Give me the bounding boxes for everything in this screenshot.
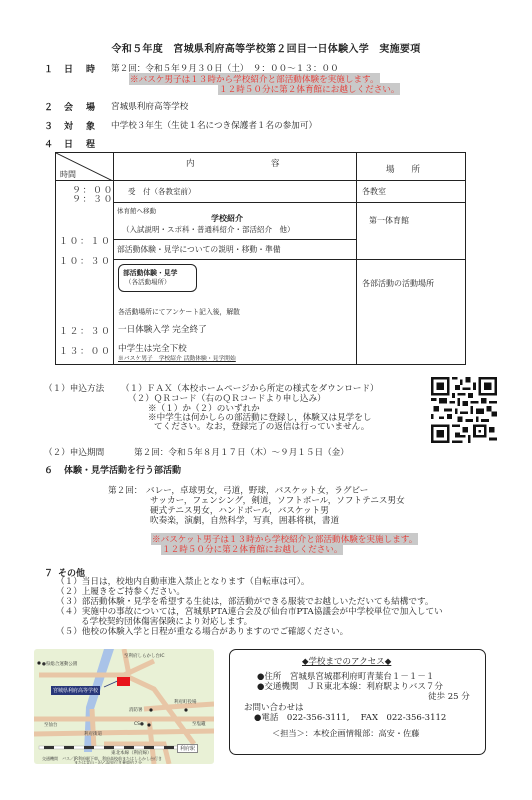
access-info-box: ◆学校までのアクセス◆ ●住所 宮城県宮城郡利府町青葉台１－１－１ ●交通機関 …	[229, 649, 486, 755]
club-explanation: 部活動体験・見学についての説明・移動・準備	[117, 244, 281, 255]
map-right-label: 至塩竈	[192, 721, 206, 727]
map-footer-2: または青山・沢乙温泉行き乗車約７分	[74, 760, 142, 764]
place-classroom: 各教室	[362, 186, 386, 197]
row-divider	[113, 239, 356, 240]
place-gym1: 第一体育館	[369, 215, 409, 226]
map-town-office-label: 利府町役場	[174, 699, 197, 705]
map-fire-station-label: 消防署	[129, 707, 143, 713]
row-divider	[113, 202, 465, 203]
section-6-label: 体験・見学活動を行う部活動	[64, 463, 181, 476]
map-cs-label: CS●	[134, 722, 144, 727]
map-park-label: ●県総合運動公園	[42, 661, 77, 667]
header-place: 場 所	[386, 163, 420, 175]
page-title: 令和５年度 宮城県利府高等学校第２回目一日体験入学 実施要項	[0, 40, 532, 55]
basket-schedule-note: ※バスケ男子 学校紹介 活動体験・見学開始	[118, 353, 236, 362]
clubs-basket-notice-2: １２時５０分に第２体育館にお越しください。	[161, 543, 343, 555]
schedule-table: 時間 内 容 場 所 ９：００ ９：３０ １０：１０ １０：３０ １２：３０ １…	[55, 152, 466, 365]
school-marker-icon	[117, 677, 130, 686]
section-1-label: 日 時	[64, 62, 97, 75]
time-1030: １０：３０	[59, 254, 112, 267]
section-4-number: ４	[44, 137, 53, 150]
others-item-5: （５）他校の体験入学と日程が重なる場合がありますのでご確認ください。	[56, 625, 348, 637]
school-intro-detail: （入試説明・スポ科・普通科紹介・部活紹介 他）	[122, 224, 295, 235]
map-road-label: 利府街道	[84, 731, 102, 737]
header-time: 時間	[60, 169, 76, 180]
venue: 宮城県利府高等学校	[111, 100, 188, 112]
basket-notice-line2: １２時５０分に第２体育館にお越しください。	[218, 83, 400, 95]
target-audience: 中学校３年生（生徒１名につき保護者１名の参加可）	[111, 119, 317, 131]
access-heading: ◆学校までのアクセス◆	[302, 655, 391, 667]
qr-code-icon[interactable]	[430, 377, 498, 443]
row-divider	[113, 259, 465, 260]
section-3-label: 対 象	[64, 119, 97, 132]
clubs-round-label: 第２回：	[108, 484, 142, 496]
section-6-number: ６	[44, 463, 53, 476]
application-period-value: 第２回：令和５年８月１７日（木）～９月１５日（金）	[134, 446, 349, 458]
section-4-label: 日 程	[64, 137, 97, 150]
section-2-number: ２	[44, 100, 53, 113]
section-3-number: ３	[44, 119, 53, 132]
map-ic-label: 至利府しらかし台IC	[124, 653, 164, 659]
club-place: （各活動場所）	[125, 277, 171, 286]
section-7-number: ７	[44, 566, 53, 579]
section-2-label: 会 場	[64, 100, 97, 113]
header-content: 内 容	[186, 157, 280, 169]
clubs-line-4: 吹奏楽，演劇，自然科学，写真，囲碁将棋，書道	[150, 514, 339, 526]
reception-row: 受 付（各教室前）	[128, 186, 196, 197]
time-0930: ９：３０	[72, 192, 114, 205]
access-walk: 徒歩 25 分	[428, 690, 470, 702]
survey-dismissal: 各活動場所にてアンケート記入後，解散	[118, 306, 240, 316]
access-phone-fax: ●電話 022-356-3111, FAX 022-356-3112	[254, 711, 446, 723]
access-contact: ＜担当＞：本校企画情報部：高安・佐藤	[272, 728, 419, 739]
access-map[interactable]: 宮城県利府高等学校 至利府しらかし台IC ●県総合運動公園 利府町役場 消防署 …	[34, 649, 214, 764]
move-to-gym: 体育館へ移動	[117, 206, 156, 215]
map-station-label: 利府駅	[177, 744, 198, 753]
map-left-label: 至仙台	[44, 722, 58, 728]
map-school-label: 宮城県利府高等学校	[51, 686, 100, 695]
club-activity: 部活動体験・見学	[123, 267, 177, 277]
event-end: 一日体験入学 完全終了	[118, 323, 207, 335]
time-1010: １０：１０	[59, 234, 112, 247]
section-1-number: １	[44, 62, 53, 75]
application-note-3: てください。なお，登録完了の返信は行っていません。	[154, 420, 369, 432]
application-method-label: （１）申込方法	[44, 382, 104, 394]
time-1300: １３：００	[59, 344, 112, 357]
place-club-areas: 各部活動の活動場所	[362, 278, 434, 289]
school-intro: 学校紹介	[211, 213, 243, 224]
application-period-label: （２）申込期間	[44, 446, 104, 458]
access-transport: ●交通機関 ＪＲ東北本線：利府駅よりバス７分	[257, 680, 443, 692]
time-1230: １２：３０	[59, 324, 112, 337]
header-divider	[56, 180, 465, 181]
